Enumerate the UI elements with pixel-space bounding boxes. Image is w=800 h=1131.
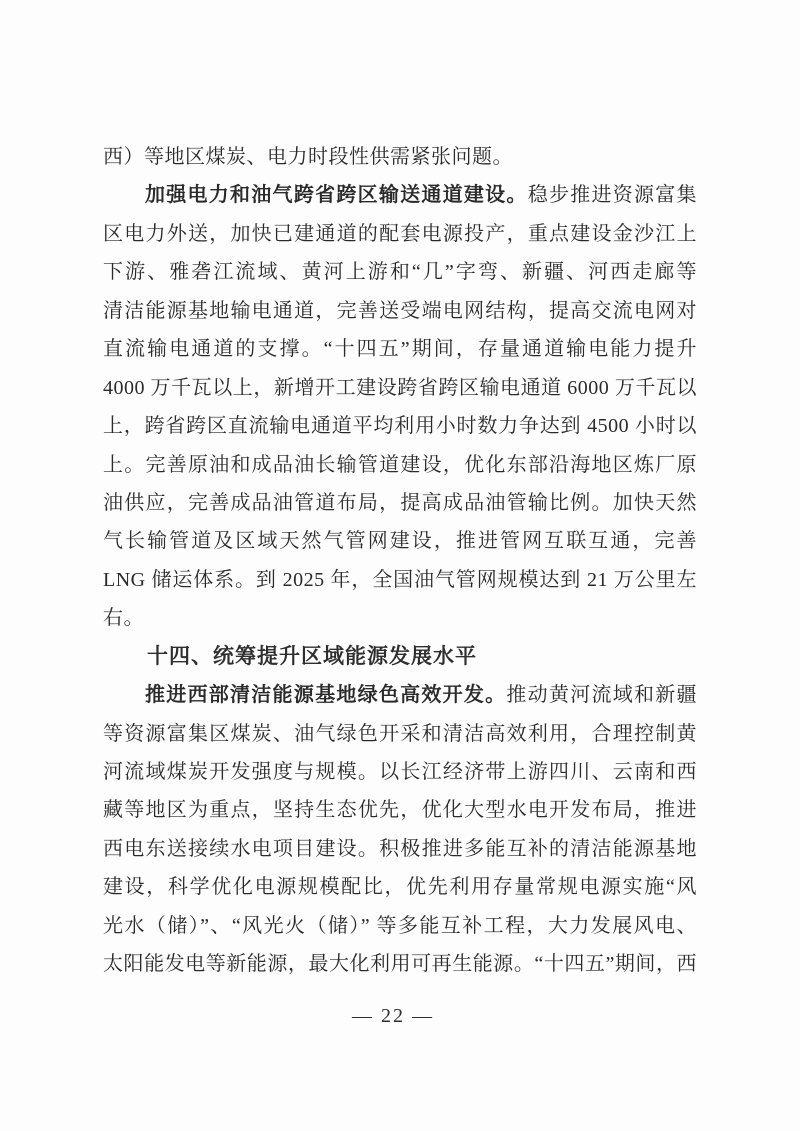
text-block: 西）等地区煤炭、电力时段性供需紧张问题。 加强电力和油气跨省跨区输送通道建设。稳… <box>103 138 697 984</box>
body-line: 光水（储）”、“风光火（储）” 等多能互补工程，大力发展风电、 <box>103 907 697 945</box>
body-line: 油供应，完善成品油管道布局，提高成品油管输比例。加快天然 <box>103 484 697 522</box>
body-line: 清洁能源基地输电通道，完善送受端电网结构，提高交流电网对 <box>103 292 697 330</box>
bold-lead-phrase: 推进西部清洁能源基地绿色高效开发。 <box>145 684 506 706</box>
line-text: 稳步推进资源富集 <box>528 184 697 206</box>
body-line: 太阳能发电等新能源，最大化利用可再生能源。“十四五”期间，西 <box>103 945 697 983</box>
section-heading: 十四、统筹提升区域能源发展水平 <box>103 638 697 676</box>
body-line: 下游、雅砻江流域、黄河上游和“几”字弯、新疆、河西走廊等 <box>103 253 697 291</box>
paragraph-start-line: 推进西部清洁能源基地绿色高效开发。推动黄河流域和新疆 <box>103 676 697 714</box>
body-line: 西电东送接续水电项目建设。积极推进多能互补的清洁能源基地 <box>103 830 697 868</box>
body-line: 上，跨省跨区直流输电通道平均利用小时数力争达到 4500 小时以 <box>103 407 697 445</box>
body-line: 上。完善原油和成品油长输管道建设，优化东部沿海地区炼厂原 <box>103 446 697 484</box>
body-line: 等资源富集区煤炭、油气绿色开采和清洁高效利用，合理控制黄 <box>103 715 697 753</box>
body-line: 右。 <box>103 599 697 637</box>
body-line: 4000 万千瓦以上，新增开工建设跨省跨区输电通道 6000 万千瓦以 <box>103 369 697 407</box>
document-page: 西）等地区煤炭、电力时段性供需紧张问题。 加强电力和油气跨省跨区输送通道建设。稳… <box>0 0 800 1131</box>
body-line: 直流输电通道的支撑。“十四五”期间，存量通道输电能力提升 <box>103 330 697 368</box>
body-line: 西）等地区煤炭、电力时段性供需紧张问题。 <box>103 138 697 176</box>
body-line: 藏等地区为重点，坚持生态优先，优化大型水电开发布局，推进 <box>103 791 697 829</box>
body-line: 建设，科学优化电源规模配比，优先利用存量常规电源实施“风 <box>103 868 697 906</box>
body-line: 河流域煤炭开发强度与规模。以长江经济带上游四川、云南和西 <box>103 753 697 791</box>
body-line: 区电力外送，加快已建通道的配套电源投产，重点建设金沙江上 <box>103 215 697 253</box>
body-line: 气长输管道及区域天然气管网建设，推进管网互联互通，完善 <box>103 522 697 560</box>
paragraph-start-line: 加强电力和油气跨省跨区输送通道建设。稳步推进资源富集 <box>103 176 697 214</box>
body-line: LNG 储运体系。到 2025 年，全国油气管网规模达到 21 万公里左 <box>103 561 697 599</box>
line-text: 推动黄河流域和新疆 <box>506 684 697 706</box>
bold-lead-phrase: 加强电力和油气跨省跨区输送通道建设。 <box>145 184 528 206</box>
page-number: — 22 — <box>103 1000 683 1032</box>
